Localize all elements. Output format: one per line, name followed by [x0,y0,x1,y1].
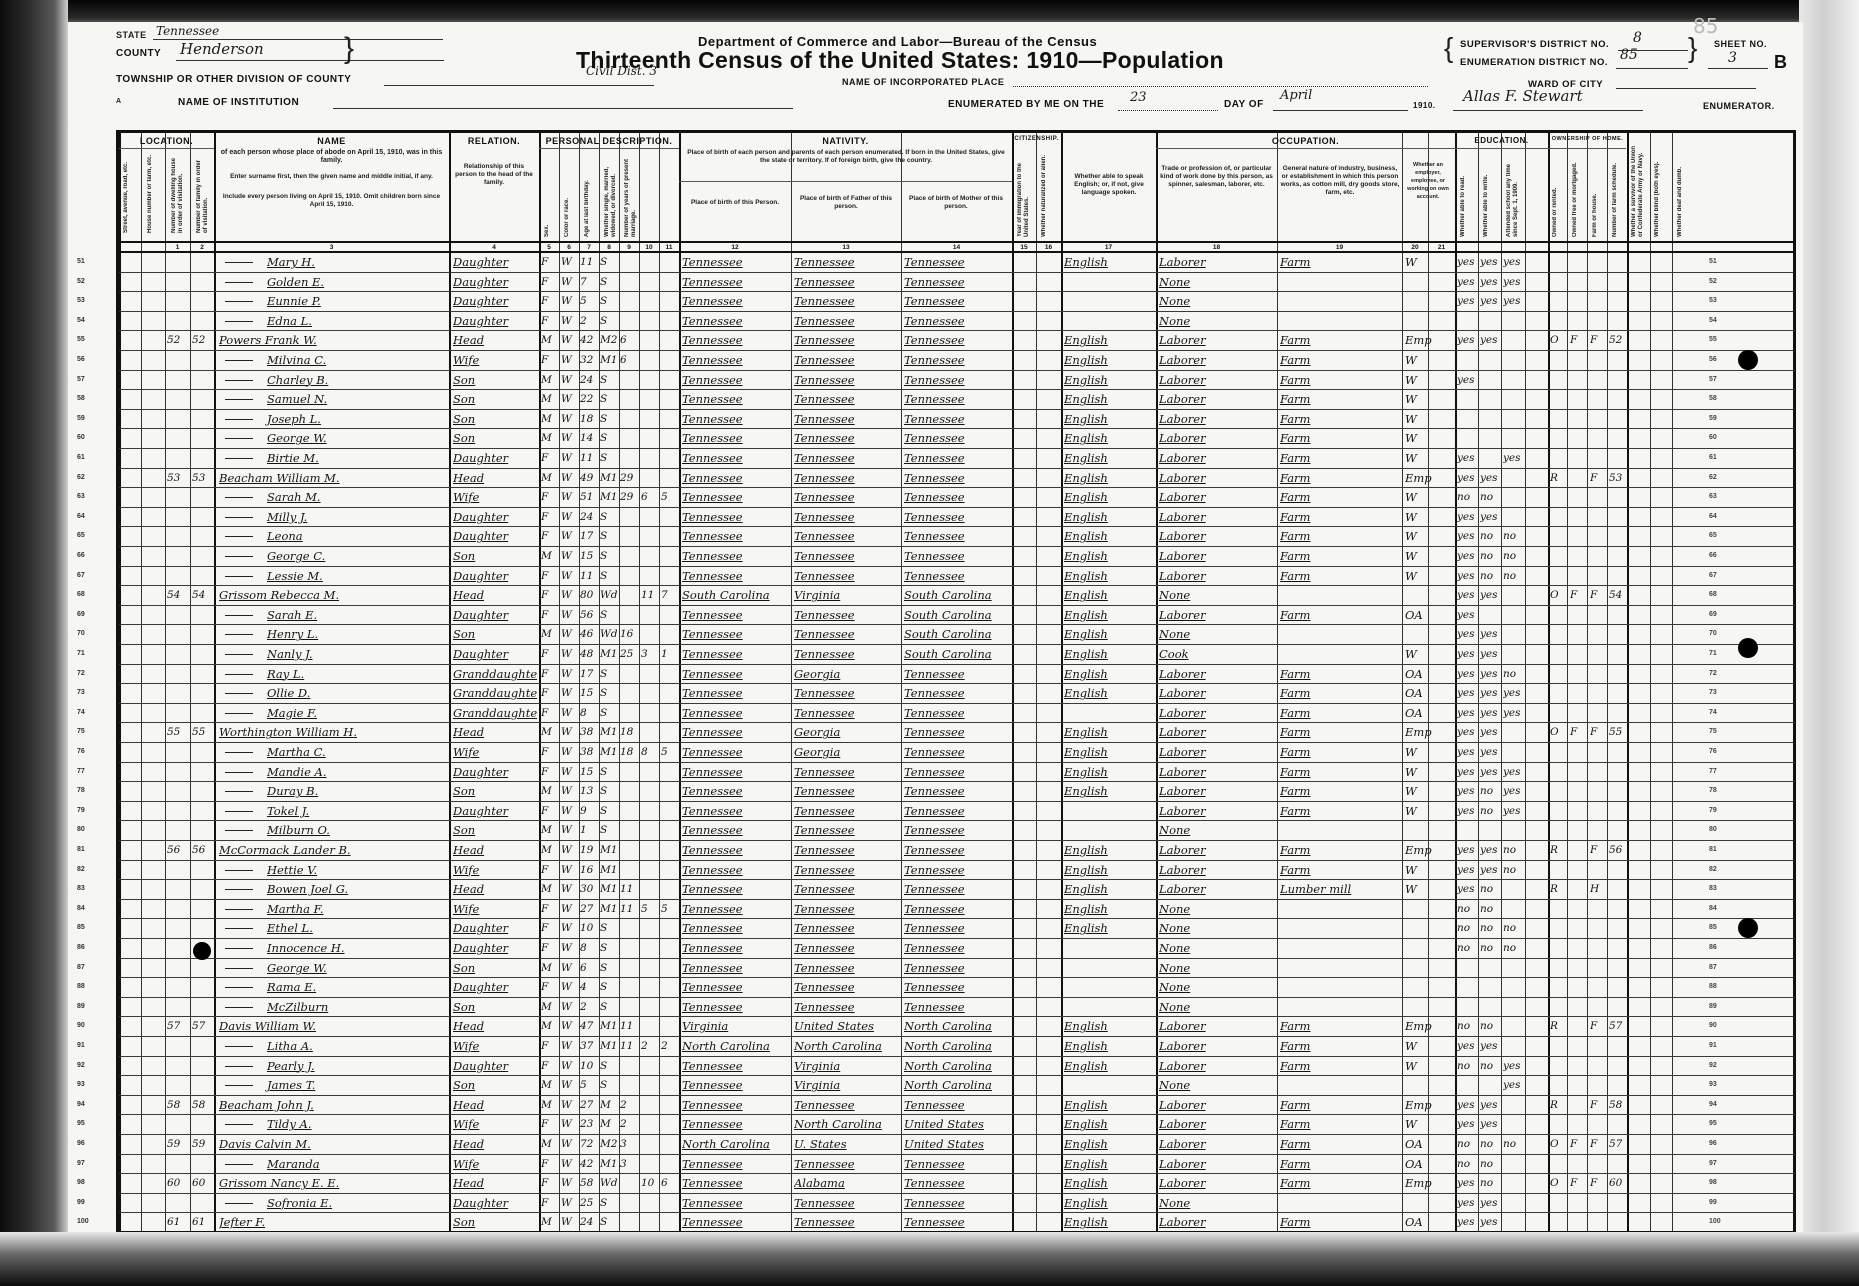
cell-born [641,802,659,821]
cell-lang: English [1064,841,1154,860]
table-row: 9292Pearly J.DaughterFW10STennesseeVirgi… [119,1057,1793,1077]
cell-free [1570,1194,1588,1213]
cell-sched [1609,743,1627,762]
cell-yrs [620,802,640,821]
cell-family [192,625,214,644]
cell-sched: 60 [1609,1174,1627,1193]
cell-family [192,861,214,880]
cell-yrs [620,861,640,880]
cell-born: 6 [641,488,659,507]
cell-ind: Farm [1280,1057,1400,1076]
cell-read: yes [1457,841,1479,860]
table-row: 5656Milvina C.WifeFW32M16TennesseeTennes… [119,351,1793,371]
cell-rel: Son [453,1076,537,1095]
cell-rel: Wife [453,351,537,370]
cell-free [1570,606,1588,625]
cell-sched [1609,1037,1627,1056]
cell-trade: Laborer [1159,547,1276,566]
cell-dwelling: 57 [167,1017,189,1036]
cell-bm: Tennessee [904,841,1011,860]
cell-trade: Laborer [1159,743,1276,762]
cell-age: 30 [580,880,600,899]
cell-lang: English [1064,469,1154,488]
cell-living: 5 [661,488,679,507]
cell-bm: United States [904,1115,1011,1134]
cell-race: W [561,1194,579,1213]
cell-school: yes [1503,1057,1525,1076]
cell-bp: Tennessee [682,606,790,625]
cell-yrs [620,919,640,938]
cell-ind: Farm [1280,723,1400,742]
cell-yrs: 3 [620,1135,640,1154]
cell-sched: 55 [1609,723,1627,742]
cell-trade: None [1159,625,1276,644]
line-number: 77 [77,768,85,775]
cell-emp: W [1405,782,1453,801]
cell-write: no [1480,488,1502,507]
cell-bp: Tennessee [682,410,790,429]
cell-family: 59 [192,1135,214,1154]
cell-sex: F [541,743,559,762]
cell-sched [1609,606,1627,625]
cell-own [1550,371,1568,390]
line-number-right: 55 [1709,336,1717,343]
cell-sex: F [541,253,559,272]
cell-free [1570,782,1588,801]
cell-name: Tildy A. [219,1115,447,1134]
cell-fh: F [1590,1096,1608,1115]
cell-trade: Laborer [1159,449,1276,468]
cell-name: George W. [219,429,447,448]
cell-born [641,1194,659,1213]
cell-school: no [1503,841,1525,860]
cell-write: no [1480,939,1502,958]
line-number-right: 79 [1709,807,1717,814]
cell-bp: Tennessee [682,625,790,644]
cell-name: Grissom Nancy E. E. [219,1174,447,1193]
cell-bf: Tennessee [794,351,900,370]
cell-free [1570,1076,1588,1095]
cell-bf: Virginia [794,1076,900,1095]
cell-family [192,508,214,527]
cell-bm: Tennessee [904,527,1011,546]
cell-race: W [561,567,579,586]
line-number-right: 82 [1709,866,1717,873]
cell-living [661,782,679,801]
cell-family [192,488,214,507]
line-number: 95 [77,1120,85,1127]
cell-bp: Tennessee [682,1174,790,1193]
cell-dwelling [167,939,189,958]
ward-label: Ward of city [1528,79,1603,90]
cell-race: W [561,586,579,605]
cell-sched: 56 [1609,841,1627,860]
cell-mar: M1 [600,1037,620,1056]
cell-age: 58 [580,1174,600,1193]
line-number-right: 86 [1709,944,1717,951]
cell-family: 53 [192,469,214,488]
cell-living [661,998,679,1017]
cell-family [192,1194,214,1213]
cell-bf: Tennessee [794,606,900,625]
language-header: Whether able to speak English; or, if no… [1065,173,1153,197]
cell-fh [1590,704,1608,723]
cell-own [1550,665,1568,684]
cell-family: 54 [192,586,214,605]
cell-sched: 57 [1609,1135,1627,1154]
line-number: 81 [77,846,85,853]
cell-mar: S [600,449,620,468]
cell-family [192,919,214,938]
cell-school [1503,1174,1525,1193]
state-label: State [116,30,147,40]
cell-rel: Daughter [453,1194,537,1213]
cell-bm: Tennessee [904,782,1011,801]
table-row: 8787George W.SonMW6STennesseeTennesseeTe… [119,959,1793,979]
punch-hole [1738,350,1758,370]
cell-dwelling [167,253,189,272]
cell-dwelling [167,684,189,703]
cell-trade: Laborer [1159,488,1276,507]
cell-fh: F [1590,1017,1608,1036]
cell-dwelling [167,704,189,723]
cell-age: 15 [580,763,600,782]
cell-read: yes [1457,880,1479,899]
cell-write: no [1480,1135,1502,1154]
cell-lang: English [1064,645,1154,664]
cell-dwelling [167,782,189,801]
table-row: 6060George W.SonMW14STennesseeTennesseeT… [119,429,1793,449]
cell-sched [1609,821,1627,840]
cell-write: yes [1480,861,1502,880]
cell-bm: United States [904,1135,1011,1154]
cell-bf: Tennessee [794,488,900,507]
cell-name: Maranda [219,1155,447,1174]
cell-living [661,449,679,468]
cell-born [641,919,659,938]
cell-name: George W. [219,959,447,978]
cell-dwelling [167,371,189,390]
cell-lang: English [1064,586,1154,605]
line-number-right: 73 [1709,689,1717,696]
cell-ind [1280,1076,1400,1095]
cell-born: 10 [641,1174,659,1193]
cell-read: no [1457,488,1479,507]
cell-lang: English [1064,861,1154,880]
cell-read [1457,312,1479,331]
line-number-right: 98 [1709,1179,1717,1186]
table-row: 5353Eunnie P.DaughterFW5STennesseeTennes… [119,292,1793,312]
cell-school [1503,606,1525,625]
line-number-right: 52 [1709,278,1717,285]
cell-read: yes [1457,645,1479,664]
cell-free [1570,841,1588,860]
enumerated-month: April [1280,88,1312,103]
cell-age: 5 [580,1076,600,1095]
cell-own [1550,508,1568,527]
cell-mar: S [600,1076,620,1095]
cell-read: yes [1457,684,1479,703]
cell-own [1550,939,1568,958]
cell-read: yes [1457,782,1479,801]
cell-age: 6 [580,959,600,978]
cell-fh: F [1590,1135,1608,1154]
cell-yrs: 18 [620,743,640,762]
cell-bm: Tennessee [904,939,1011,958]
cell-school: no [1503,547,1525,566]
cell-fh: F [1590,331,1608,350]
cell-age: 5 [580,292,600,311]
cell-own: O [1550,1135,1568,1154]
cell-write [1480,998,1502,1017]
table-row: 8383Bowen Joel G.HeadMW30M111TennesseeTe… [119,880,1793,900]
cell-born [641,1057,659,1076]
line-number-right: 97 [1709,1160,1717,1167]
cell-bm: North Carolina [904,1057,1011,1076]
cell-race: W [561,1174,579,1193]
cell-fh [1590,410,1608,429]
cell-fh [1590,1037,1608,1056]
cell-bf: Tennessee [794,253,900,272]
cell-emp: Emp [1405,469,1453,488]
cell-name: Beacham John J. [219,1096,447,1115]
cell-fh: F [1590,586,1608,605]
cell-school: yes [1503,292,1525,311]
cell-mar: S [600,998,620,1017]
cell-bf: Tennessee [794,841,900,860]
cell-yrs [620,429,640,448]
cell-family [192,645,214,664]
line-number: 75 [77,728,85,735]
cell-ind: Farm [1280,684,1400,703]
cell-read: yes [1457,1174,1479,1193]
cell-bp: Tennessee [682,821,790,840]
table-row: 5858Samuel N.SonMW22STennesseeTennesseeT… [119,390,1793,410]
cell-trade: None [1159,312,1276,331]
cell-name: Golden E. [219,273,447,292]
cell-free [1570,743,1588,762]
cell-rel: Son [453,410,537,429]
cell-living [661,665,679,684]
cell-write: yes [1480,508,1502,527]
cell-ind [1280,978,1400,997]
cell-living [661,567,679,586]
cell-rel: Wife [453,861,537,880]
cell-lang: English [1064,665,1154,684]
sheet-label: Sheet No. [1714,39,1767,49]
cell-living [661,351,679,370]
cell-own [1550,704,1568,723]
line-number: 67 [77,572,85,579]
cell-own [1550,1037,1568,1056]
cell-sex: M [541,429,559,448]
cell-sex: F [541,292,559,311]
cell-fh [1590,371,1608,390]
cell-write: yes [1480,331,1502,350]
cell-born [641,880,659,899]
cell-read: no [1457,1017,1479,1036]
table-row: 96965959Davis Calvin M.HeadMW72M23North … [119,1135,1793,1155]
cell-ind: Farm [1280,429,1400,448]
cell-lang [1064,821,1154,840]
cell-mar: S [600,782,620,801]
cell-mar: S [600,1057,620,1076]
cell-free [1570,1037,1588,1056]
table-row: 8585Ethel L.DaughterFW10STennesseeTennes… [119,919,1793,939]
cell-rel: Head [453,880,537,899]
cell-free [1570,880,1588,899]
cell-bp: Tennessee [682,1194,790,1213]
cell-dwelling: 54 [167,586,189,605]
cell-free [1570,665,1588,684]
cell-yrs [620,527,640,546]
cell-emp: Emp [1405,1174,1453,1193]
cell-emp [1405,273,1453,292]
cell-born [641,998,659,1017]
cell-yrs [620,763,640,782]
table-row: 8989McZilburnSonMW2STennesseeTennesseeTe… [119,998,1793,1018]
line-number-right: 59 [1709,415,1717,422]
cell-fh: F [1590,469,1608,488]
cell-race: W [561,1155,579,1174]
cell-bf: United States [794,1017,900,1036]
cell-name: Tokel J. [219,802,447,821]
cell-bm: Tennessee [904,1174,1011,1193]
name-header: Name [214,136,449,146]
cell-family [192,1076,214,1095]
cell-yrs [620,782,640,801]
cell-bp: Tennessee [682,900,790,919]
cell-sex: M [541,410,559,429]
cell-yrs [620,390,640,409]
cell-dwelling [167,606,189,625]
cell-living [661,1057,679,1076]
cell-mar: S [600,410,620,429]
cell-yrs [620,292,640,311]
cell-dwelling [167,763,189,782]
cell-sex: F [541,527,559,546]
cell-rel: Daughter [453,273,537,292]
cell-born [641,331,659,350]
cell-free [1570,312,1588,331]
line-number: 52 [77,278,85,285]
cell-born [641,508,659,527]
cell-born [641,527,659,546]
cell-sched [1609,645,1627,664]
cell-mar: S [600,959,620,978]
cell-lang: English [1064,1037,1154,1056]
cell-mar: S [600,939,620,958]
cell-own [1550,1155,1568,1174]
cell-bp: Tennessee [682,1115,790,1134]
cell-bp: Tennessee [682,331,790,350]
enumerated-label: Enumerated by me on the [948,99,1104,110]
cell-dwelling: 60 [167,1174,189,1193]
cell-dwelling [167,1076,189,1095]
cell-age: 23 [580,1115,600,1134]
cell-lang: English [1064,390,1154,409]
cell-ind: Farm [1280,351,1400,370]
cell-age: 24 [580,508,600,527]
cell-read [1457,351,1479,370]
cell-sex: F [541,1194,559,1213]
cell-sex: F [541,567,559,586]
cell-rel: Daughter [453,312,537,331]
cell-trade: Laborer [1159,1174,1276,1193]
cell-bf: Georgia [794,743,900,762]
cell-living [661,841,679,860]
cell-sched [1609,1115,1627,1134]
cell-bm: Tennessee [904,880,1011,899]
cell-school: no [1503,527,1525,546]
cell-dwelling [167,802,189,821]
cell-living [661,253,679,272]
cell-bm: South Carolina [904,606,1011,625]
cell-race: W [561,371,579,390]
cell-ind: Farm [1280,1096,1400,1115]
cell-yrs: 6 [620,331,640,350]
line-number-right: 64 [1709,513,1717,520]
sheet-value: 3 [1728,50,1737,66]
cell-trade: Laborer [1159,527,1276,546]
cell-rel: Head [453,841,537,860]
cell-rel: Son [453,782,537,801]
cell-age: 7 [580,273,600,292]
cell-school [1503,390,1525,409]
line-number: 63 [77,493,85,500]
line-number: 64 [77,513,85,520]
cell-free [1570,959,1588,978]
cell-born [641,469,659,488]
cell-free [1570,978,1588,997]
table-row: 6363Sarah M.WifeFW51M12965TennesseeTenne… [119,488,1793,508]
cell-ind [1280,998,1400,1017]
cell-sched [1609,567,1627,586]
cell-sex: M [541,547,559,566]
cell-school [1503,1096,1525,1115]
line-number-right: 70 [1709,630,1717,637]
cell-bm: North Carolina [904,1017,1011,1036]
cell-bm: Tennessee [904,331,1011,350]
line-number: 66 [77,552,85,559]
cell-bf: Tennessee [794,1155,900,1174]
cell-dwelling [167,645,189,664]
cell-race: W [561,253,579,272]
cell-born [641,606,659,625]
cell-lang: English [1064,625,1154,644]
cell-own: R [1550,1017,1568,1036]
cell-emp: OA [1405,1213,1453,1232]
cell-name: Edna L. [219,312,447,331]
cell-living [661,723,679,742]
line-number-right: 81 [1709,846,1717,853]
cell-fh [1590,292,1608,311]
citizenship-header: Citizenship. [1012,136,1061,142]
cell-living [661,1096,679,1115]
cell-name: Magie F. [219,704,447,723]
cell-sched [1609,527,1627,546]
cell-name: Leona [219,527,447,546]
cell-age: 8 [580,939,600,958]
cell-living: 2 [661,1037,679,1056]
line-number: 78 [77,787,85,794]
cell-yrs [620,1174,640,1193]
line-number-right: 89 [1709,1003,1717,1010]
cell-dwelling [167,900,189,919]
line-number: 57 [77,376,85,383]
cell-born [641,351,659,370]
cell-bp: Tennessee [682,861,790,880]
